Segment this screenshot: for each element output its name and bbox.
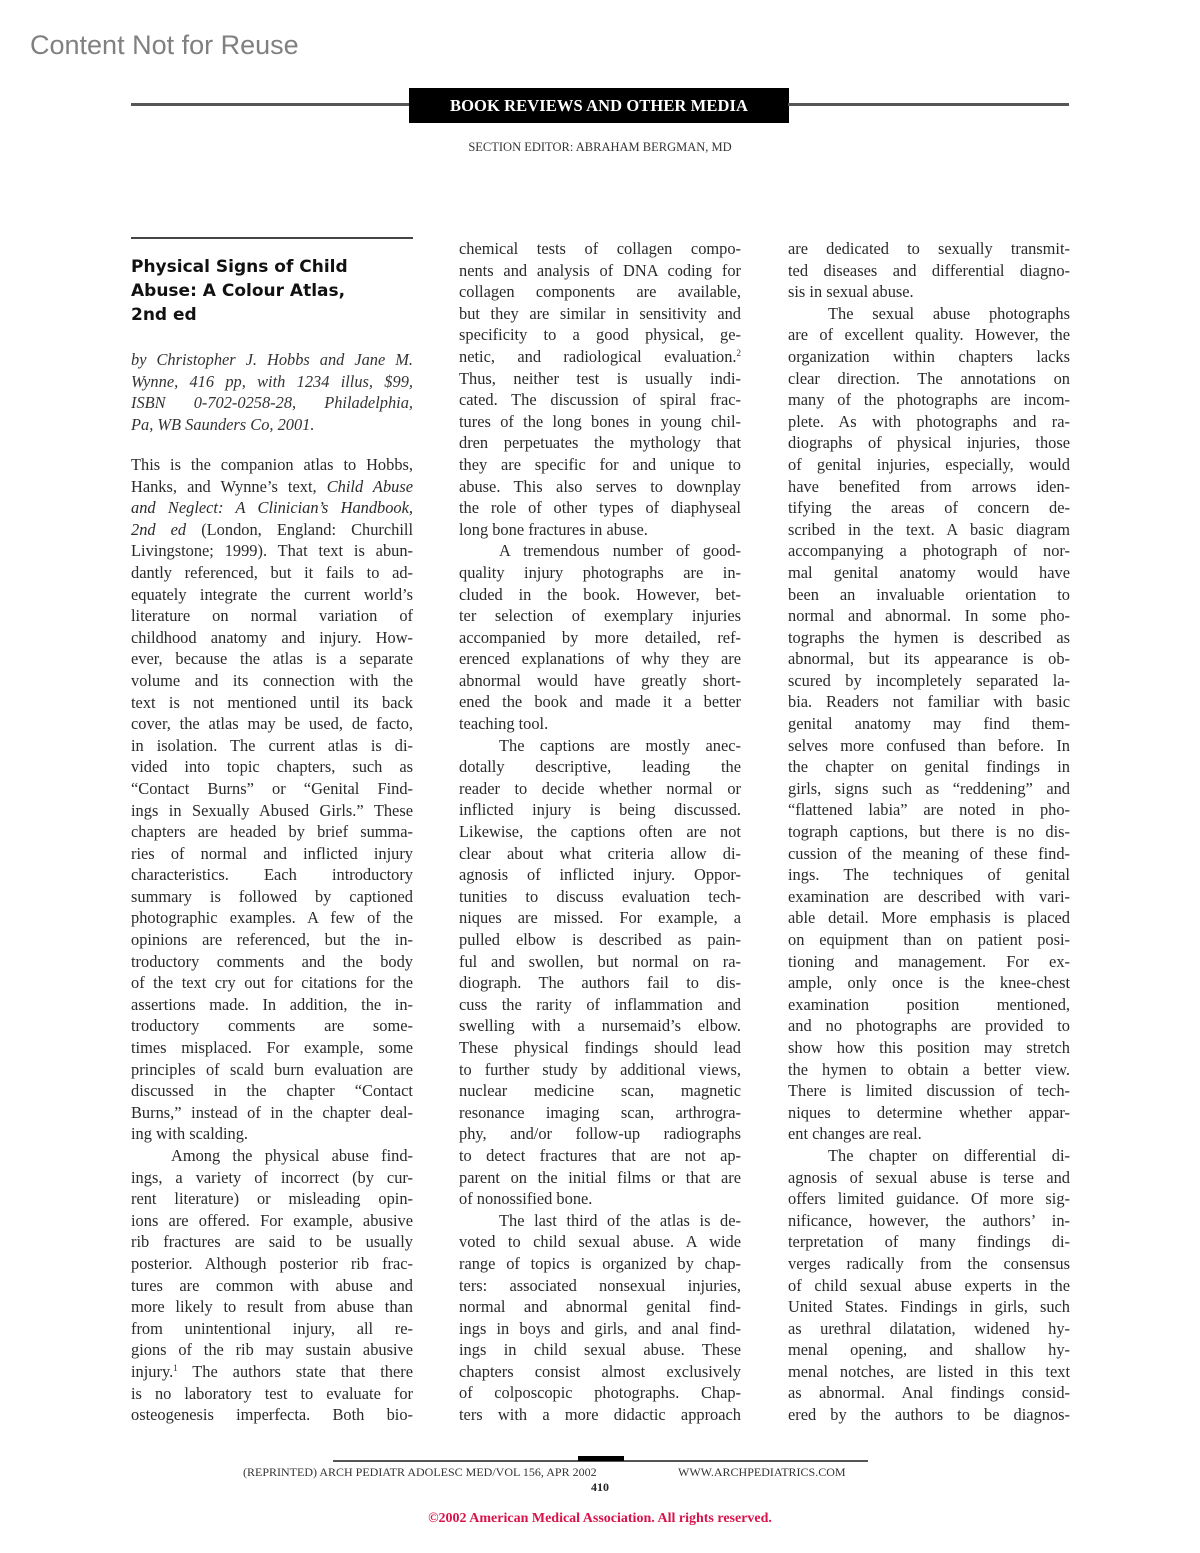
text-line: nificance, however, the authors’ in- — [788, 1210, 1070, 1232]
text-line: organization within chapters lacks — [788, 346, 1070, 368]
text-line: principles of scald burn evaluation are — [131, 1059, 413, 1081]
text-line: is no laboratory test to evaluate for — [131, 1383, 413, 1405]
text-line: are dedicated to sexually transmit- — [788, 238, 1070, 260]
text-line: chapters are headed by brief summa- — [131, 821, 413, 843]
text-line: of colposcopic photographs. Chap- — [459, 1382, 741, 1404]
text-line: ings. The techniques of genital — [788, 864, 1070, 886]
text-line: been an invaluable orientation to — [788, 584, 1070, 606]
text-line: ries of normal and inflicted injury — [131, 843, 413, 865]
text-line: diographs of physical injuries, those — [788, 432, 1070, 454]
text-line: childhood anatomy and injury. How- — [131, 627, 413, 649]
text-line: ings in Sexually Abused Girls.” These — [131, 800, 413, 822]
text-line: able detail. More emphasis is placed — [788, 907, 1070, 929]
section-title: BOOK REVIEWS AND OTHER MEDIA — [450, 96, 748, 116]
text-line: of genital injuries, especially, would — [788, 454, 1070, 476]
text-line: sis in sexual abuse. — [788, 281, 1070, 303]
text-line: ters with a more didactic approach — [459, 1404, 741, 1426]
text-line: quality injury photographs are in- — [459, 562, 741, 584]
title-line: 2nd ed — [131, 303, 413, 327]
text-line: ful and swollen, but normal on ra- — [459, 951, 741, 973]
text-line: of nonossified bone. — [459, 1188, 741, 1210]
text-line: of child sexual abuse experts in the — [788, 1275, 1070, 1297]
text-line: ent changes are real. — [788, 1123, 1070, 1145]
text-line: tifying the areas of concern de- — [788, 497, 1070, 519]
text-line: volume and its connection with the — [131, 670, 413, 692]
byline-line: Pa, WB Saunders Co, 2001. — [131, 414, 413, 436]
text-line: niques to determine whether appar- — [788, 1102, 1070, 1124]
text-line: These physical findings should lead — [459, 1037, 741, 1059]
text-line: The last third of the atlas is de- — [459, 1210, 741, 1232]
text-line: parent on the initial films or that are — [459, 1167, 741, 1189]
text-line: The captions are mostly anec- — [459, 735, 741, 757]
text-line: mal genital anatomy would have — [788, 562, 1070, 584]
text-line: inflicted injury is being discussed. — [459, 799, 741, 821]
text-line: text is not mentioned until its back — [131, 692, 413, 714]
text-line: bia. Readers not familiar with basic — [788, 691, 1070, 713]
reference-2[interactable]: 2 — [737, 348, 742, 358]
section-banner: BOOK REVIEWS AND OTHER MEDIA — [409, 88, 789, 123]
text-line: resonance imaging scan, arthrogra- — [459, 1102, 741, 1124]
text-line: “Contact Burns” or “Genital Find- — [131, 778, 413, 800]
text-line: The sexual abuse photographs — [788, 303, 1070, 325]
text-line: more likely to result from abuse than — [131, 1296, 413, 1318]
watermark: Content Not for Reuse — [30, 30, 299, 61]
text-line: to further study by additional views, — [459, 1059, 741, 1081]
text-line: tures of the long bones in young chil- — [459, 411, 741, 433]
text-line: abuse. This also serves to downplay — [459, 476, 741, 498]
text-line: many of the photographs are incom- — [788, 389, 1070, 411]
text-line: pulled elbow is described as pain- — [459, 929, 741, 951]
text-line: tographs the hymen is described as — [788, 627, 1070, 649]
text-line: tunities to discuss evaluation tech- — [459, 886, 741, 908]
text-line: This is the companion atlas to Hobbs, — [131, 454, 413, 476]
text-line: specificity to a good physical, ge- — [459, 324, 741, 346]
text-line: niques are missed. For example, a — [459, 907, 741, 929]
text-line: rent literature) or misleading opin- — [131, 1188, 413, 1210]
text-line: to detect fractures that are not ap- — [459, 1145, 741, 1167]
text-line: discussed in the chapter “Contact — [131, 1080, 413, 1102]
text-line: scribed in the text. A basic diagram — [788, 519, 1070, 541]
book-title-italic: and Neglect: A Clinician’s Handbook, — [131, 498, 413, 517]
text-line: as urethral dilatation, widened hy- — [788, 1318, 1070, 1340]
text-line: There is limited discussion of tech- — [788, 1080, 1070, 1102]
text-line: dren perpetuates the mythology that — [459, 432, 741, 454]
text-line: ered by the authors to be diagnos- — [788, 1404, 1070, 1426]
text-line: ted diseases and differential diagno- — [788, 260, 1070, 282]
text-line: from unintentional injury, all re- — [131, 1318, 413, 1340]
text-line: agnosis of sexual abuse is terse and — [788, 1167, 1070, 1189]
text-line: but they are similar in sensitivity and — [459, 303, 741, 325]
text-line: on equipment than on patient posi- — [788, 929, 1070, 951]
text-line: troductory comments and the body — [131, 951, 413, 973]
text-line: agnosis of inflicted injury. Oppor- — [459, 864, 741, 886]
text-line: and Neglect: A Clinician’s Handbook, — [131, 497, 413, 519]
text-line: scured by incompletely separated la- — [788, 670, 1070, 692]
text-line: and no photographs are provided to — [788, 1015, 1070, 1037]
text-line: A tremendous number of good- — [459, 540, 741, 562]
text-line: tioning and management. For ex- — [788, 951, 1070, 973]
text-line: examination position mentioned, — [788, 994, 1070, 1016]
text-line: osteogenesis imperfecta. Both bio- — [131, 1404, 413, 1426]
text-line: reader to decide whether normal or — [459, 778, 741, 800]
text-line: Burns,” instead of in the chapter deal- — [131, 1102, 413, 1124]
text-line: accompanying a photograph of nor- — [788, 540, 1070, 562]
text-line: opinions are referenced, but the in- — [131, 929, 413, 951]
text-span: Hanks, and Wynne’s text, — [131, 477, 327, 496]
text-line: ings, a variety of incorrect (by cur- — [131, 1167, 413, 1189]
text-line: nents and analysis of DNA coding for — [459, 260, 741, 282]
text-line: teaching tool. — [459, 713, 741, 735]
text-line: clear about what criteria allow di- — [459, 843, 741, 865]
text-line: clear direction. The annotations on — [788, 368, 1070, 390]
text-line: ters: associated nonsexual injuries, — [459, 1275, 741, 1297]
text-line: plete. As with photographs and ra- — [788, 411, 1070, 433]
text-line: United States. Findings in girls, such — [788, 1296, 1070, 1318]
text-line: The chapter on differential di- — [788, 1145, 1070, 1167]
text-span: netic, and radiological evaluation. — [459, 347, 737, 366]
text-line: injury.1 The authors state that there — [131, 1361, 413, 1383]
copyright-notice: ©2002 American Medical Association. All … — [0, 1511, 1200, 1527]
text-line: Thus, neither test is usually indi- — [459, 368, 741, 390]
text-span: (London, England: Churchill — [186, 520, 413, 539]
text-line: chemical tests of collagen compo- — [459, 238, 741, 260]
text-line: cated. The discussion of spiral frac- — [459, 389, 741, 411]
text-line: chapters consist almost exclusively — [459, 1361, 741, 1383]
text-line: dantly referenced, but it fails to ad- — [131, 562, 413, 584]
text-line: offers limited guidance. Of more sig- — [788, 1188, 1070, 1210]
text-line: gions of the rib may sustain abusive — [131, 1339, 413, 1361]
text-line: ings in boys and girls, and anal find- — [459, 1318, 741, 1340]
text-line: troductory comments are some- — [131, 1015, 413, 1037]
text-line: Hanks, and Wynne’s text, Child Abuse — [131, 476, 413, 498]
text-line: they are specific for and unique to — [459, 454, 741, 476]
text-line: Among the physical abuse find- — [131, 1145, 413, 1167]
text-span: injury. — [131, 1362, 173, 1381]
text-line: “flattened labia” are noted in pho- — [788, 799, 1070, 821]
text-line: verges radically from the consensus — [788, 1253, 1070, 1275]
text-column-3: are dedicated to sexually transmit- ted … — [788, 238, 1070, 1426]
text-line: 2nd ed (London, England: Churchill — [131, 519, 413, 541]
text-line: girls, signs such as “reddening” and — [788, 778, 1070, 800]
text-column-2: chemical tests of collagen compo- nents … — [459, 238, 741, 1426]
byline-line: by Christopher J. Hobbs and Jane M. — [131, 349, 413, 371]
text-line: ened the book and made it a better — [459, 691, 741, 713]
text-line: nuclear medicine scan, magnetic — [459, 1080, 741, 1102]
text-line: long bone fractures in abuse. — [459, 519, 741, 541]
text-line: summary is followed by captioned — [131, 886, 413, 908]
text-line: swelling with a nursemaid’s elbow. — [459, 1015, 741, 1037]
text-line: in isolation. The current atlas is di- — [131, 735, 413, 757]
text-line: voted to child sexual abuse. A wide — [459, 1231, 741, 1253]
title-rule — [131, 237, 413, 239]
text-line: times misplaced. For example, some — [131, 1037, 413, 1059]
text-line: abnormal, but its appearance is ob- — [788, 648, 1070, 670]
text-line: examination are described with vari- — [788, 886, 1070, 908]
text-line: the role of other types of diaphyseal — [459, 497, 741, 519]
text-line: vided into topic chapters, such as — [131, 756, 413, 778]
header-rule-left — [131, 103, 411, 106]
text-line: rib fractures are said to be usually — [131, 1231, 413, 1253]
text-line: the chapter on genital findings in — [788, 756, 1070, 778]
text-line: tograph captions, but there is no dis- — [788, 821, 1070, 843]
byline-line: ISBN 0-702-0258-28, Philadelphia, — [131, 392, 413, 414]
text-line: as abnormal. Anal findings consid- — [788, 1382, 1070, 1404]
article-byline: by Christopher J. Hobbs and Jane M. Wynn… — [131, 349, 413, 436]
text-line: diograph. The authors fail to dis- — [459, 972, 741, 994]
footer-mark — [578, 1456, 624, 1461]
text-line: erenced explanations of why they are — [459, 648, 741, 670]
text-span: The authors state that there — [178, 1362, 413, 1381]
text-line: ever, because the atlas is a separate — [131, 648, 413, 670]
text-line: ings in child sexual abuse. These — [459, 1339, 741, 1361]
text-line: menal opening, and shallow hy- — [788, 1339, 1070, 1361]
page-number: 410 — [0, 1480, 1200, 1495]
section-editor: SECTION EDITOR: ABRAHAM BERGMAN, MD — [0, 140, 1200, 155]
text-line: equately integrate the current world’s — [131, 584, 413, 606]
text-line: menal notches, are listed in this text — [788, 1361, 1070, 1383]
text-line: ing with scalding. — [131, 1123, 413, 1145]
text-line: ample, only once is the knee-chest — [788, 972, 1070, 994]
text-line: have benefited from arrows iden- — [788, 476, 1070, 498]
text-line: accompanied by more detailed, ref- — [459, 627, 741, 649]
text-line: the hymen to obtain a better view. — [788, 1059, 1070, 1081]
text-line: show how this position may stretch — [788, 1037, 1070, 1059]
byline-line: Wynne, 416 pp, with 1234 illus, $99, — [131, 371, 413, 393]
text-line: of the text cry out for citations for th… — [131, 972, 413, 994]
text-line: collagen components are available, — [459, 281, 741, 303]
header-rule-right — [788, 103, 1069, 106]
text-line: ions are offered. For example, abusive — [131, 1210, 413, 1232]
text-line: range of topics is organized by chap- — [459, 1253, 741, 1275]
text-line: photographic examples. A few of the — [131, 907, 413, 929]
journal-citation: (REPRINTED) ARCH PEDIATR ADOLESC MED/VOL… — [243, 1465, 597, 1480]
journal-url[interactable]: WWW.ARCHPEDIATRICS.COM — [678, 1465, 846, 1480]
book-title-italic: 2nd ed — [131, 520, 186, 539]
text-line: terpretation of many findings di- — [788, 1231, 1070, 1253]
text-line: dotally descriptive, leading the — [459, 756, 741, 778]
book-title-italic: Child Abuse — [327, 477, 413, 496]
text-line: netic, and radiological evaluation.2 — [459, 346, 741, 368]
text-line: cuss the rarity of inflammation and — [459, 994, 741, 1016]
title-line: Abuse: A Colour Atlas, — [131, 279, 413, 303]
text-line: assertions made. In addition, the in- — [131, 994, 413, 1016]
text-line: ter selection of exemplary injuries — [459, 605, 741, 627]
text-line: phy, and/or follow-up radiographs — [459, 1123, 741, 1145]
text-line: abnormal would have greatly short- — [459, 670, 741, 692]
text-line: tures are common with abuse and — [131, 1275, 413, 1297]
text-line: Likewise, the captions often are not — [459, 821, 741, 843]
article-title: Physical Signs of Child Abuse: A Colour … — [131, 255, 413, 327]
text-line: are of excellent quality. However, the — [788, 324, 1070, 346]
text-line: cussion of the meaning of these find- — [788, 843, 1070, 865]
text-line: genital anatomy may find them- — [788, 713, 1070, 735]
text-line: cover, the atlas may be used, de facto, — [131, 713, 413, 735]
text-line: normal and abnormal genital find- — [459, 1296, 741, 1318]
text-line: posterior. Although posterior rib frac- — [131, 1253, 413, 1275]
text-line: selves more confused than before. In — [788, 735, 1070, 757]
text-line: literature on normal variation of — [131, 605, 413, 627]
text-line: cluded in the book. However, bet- — [459, 584, 741, 606]
title-line: Physical Signs of Child — [131, 255, 413, 279]
text-line: Livingstone; 1999). That text is abun- — [131, 540, 413, 562]
text-column-1: This is the companion atlas to Hobbs, Ha… — [131, 454, 413, 1426]
text-line: normal and abnormal. In some pho- — [788, 605, 1070, 627]
text-line: characteristics. Each introductory — [131, 864, 413, 886]
